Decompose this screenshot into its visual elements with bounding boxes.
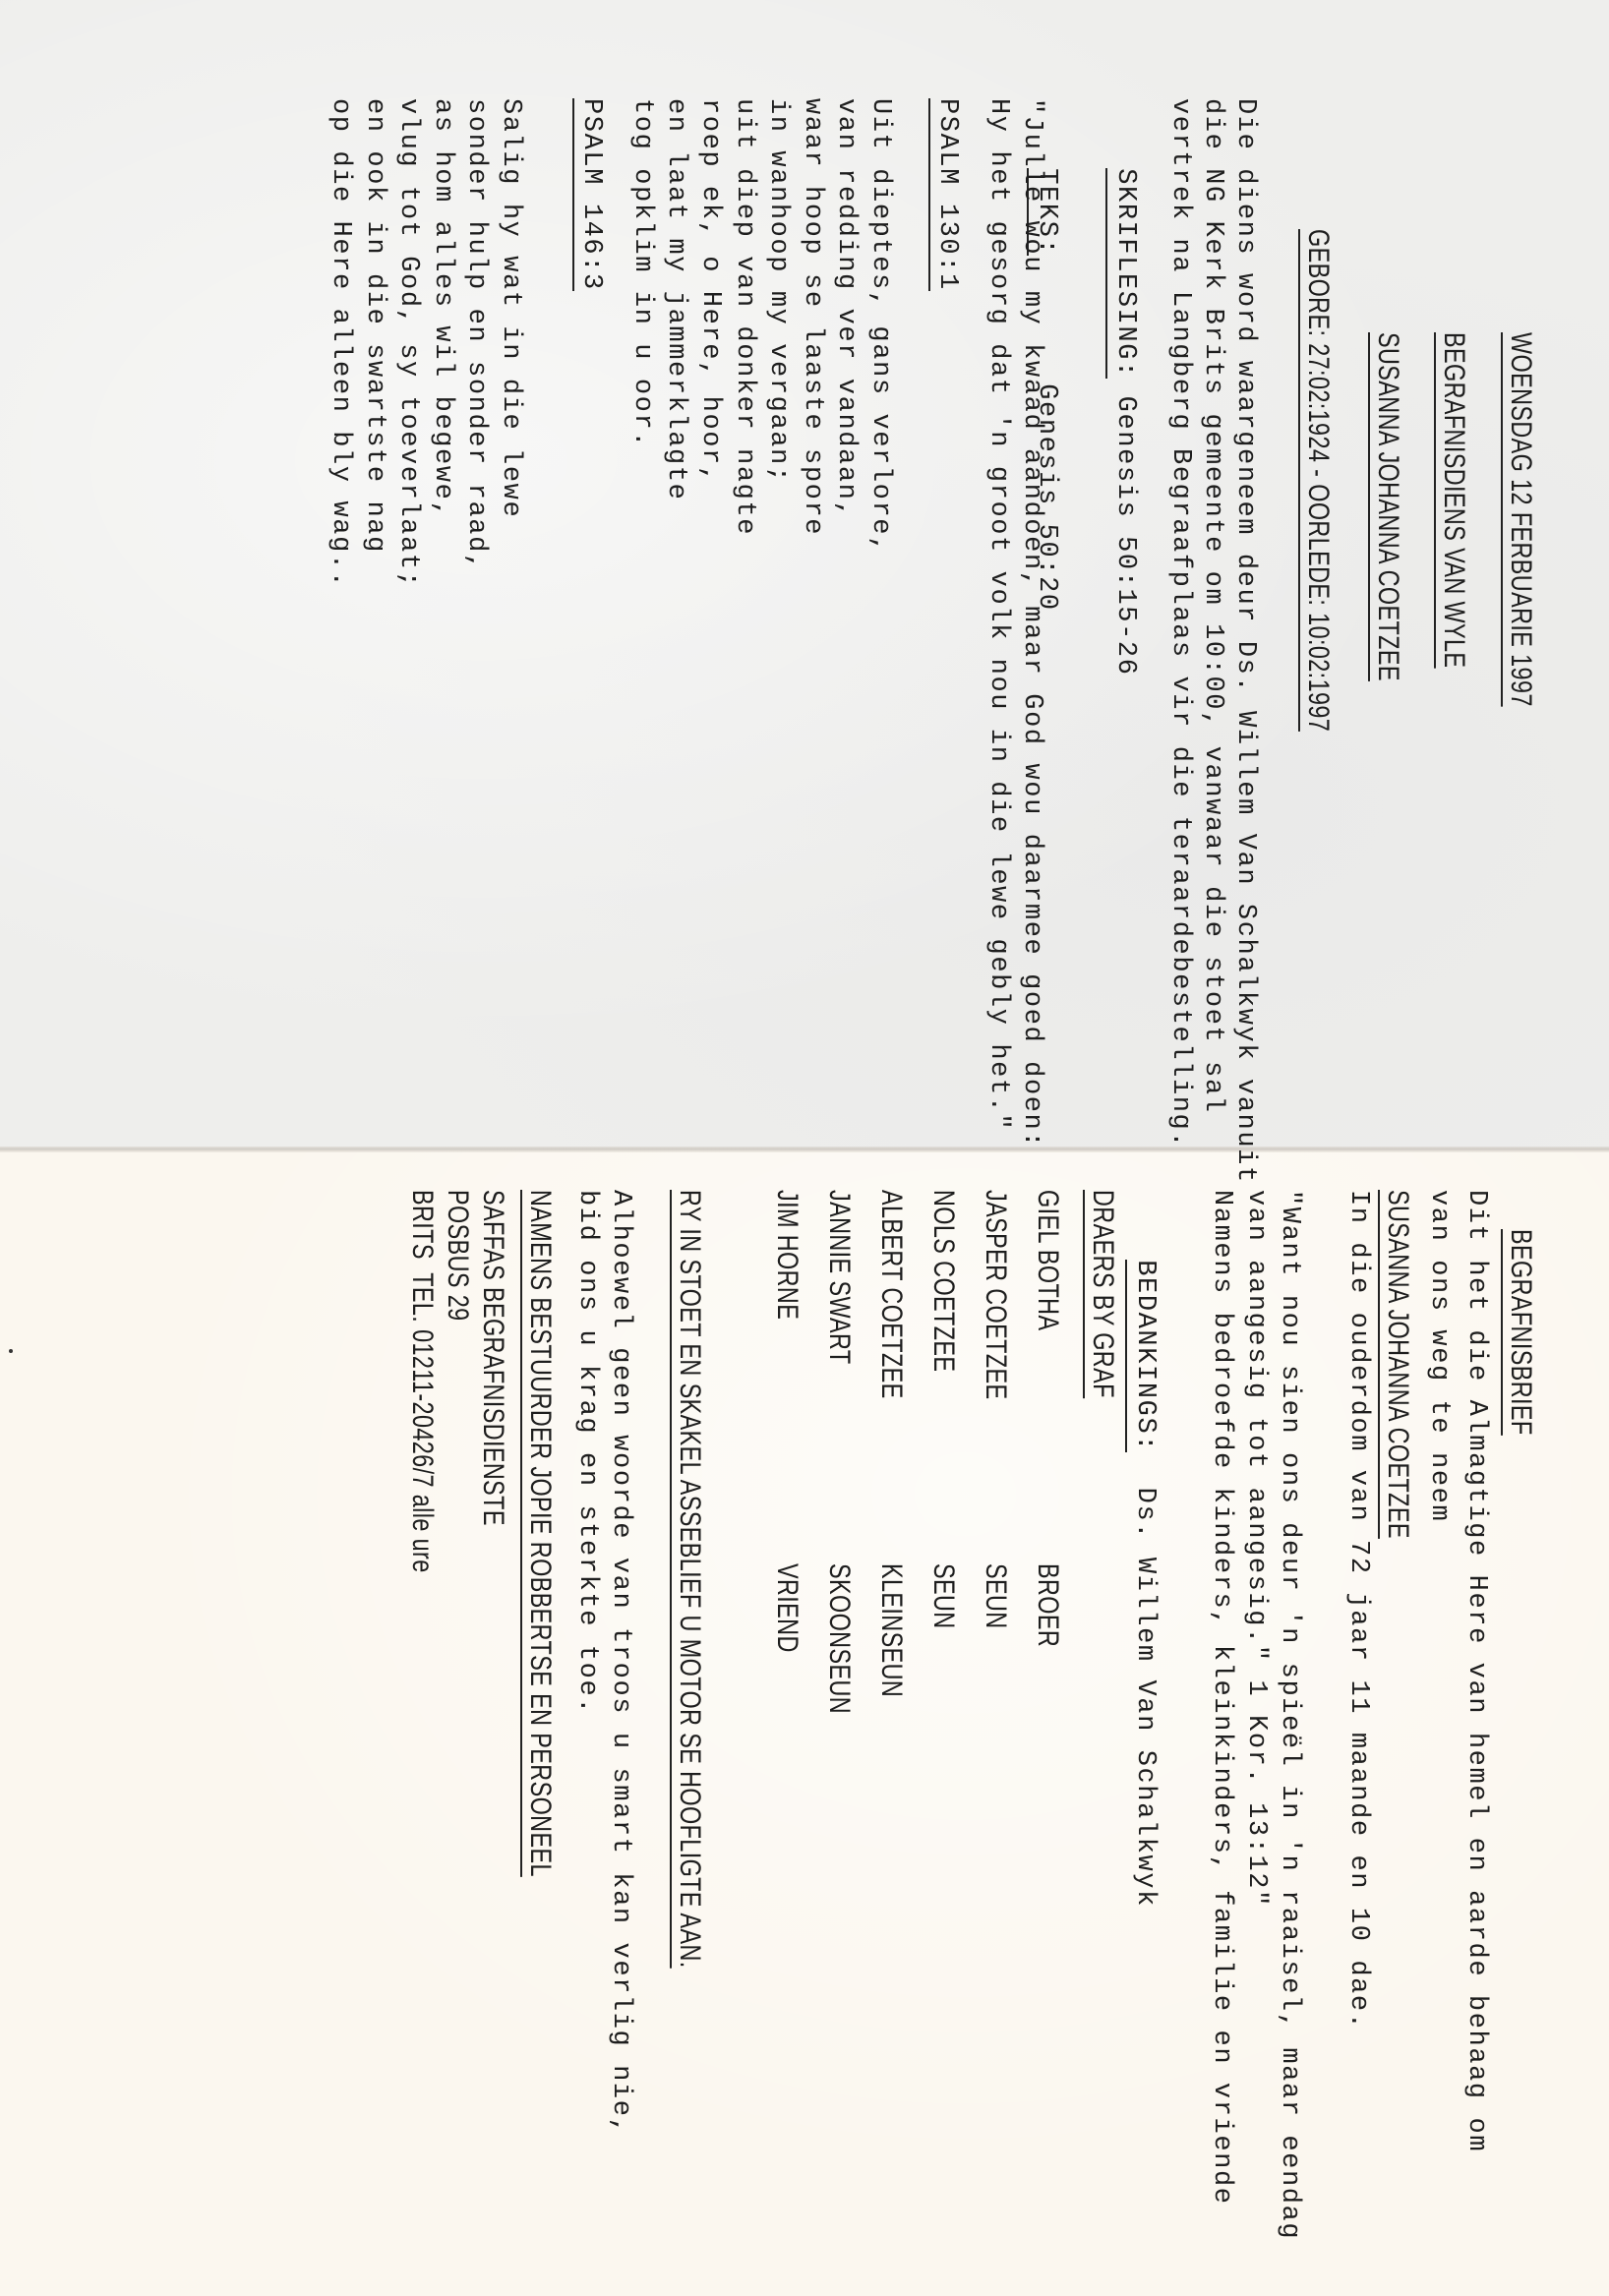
- letter-deceased-name: SUSANNA JOHANNA COETZEE: [1378, 1190, 1412, 1539]
- pallbearer-relation: SKOONSEUN: [824, 1563, 854, 1714]
- pallbearer-relation: SEUN: [981, 1563, 1010, 1629]
- intro-line: van ons weg te neem: [1425, 1190, 1452, 1522]
- date-heading: WOENSDAG 12 FERBUARIE 1997: [1501, 332, 1535, 707]
- deceased-name: SUSANNA JOHANNA COETZEE: [1368, 332, 1402, 681]
- verse-line: vlug tot God, sy toeverlaat;: [394, 98, 421, 588]
- bible-quote-line: "Want nou sien ons deur 'n spieël in 'n …: [1276, 1190, 1302, 2240]
- on-behalf-line: NAMENS BESTUURDER JOPIE ROBBERTSE EN PER…: [520, 1190, 555, 1877]
- verse-line: van redding ver vandaan,: [832, 98, 859, 518]
- intro-line: Dit het die Almagtige Here van hemel en …: [1462, 1190, 1489, 2152]
- verse-line: en laat my jammerklagte: [662, 98, 688, 500]
- scripture-reading-ref: Genesis 50:15-26: [1110, 379, 1140, 677]
- pallbearer-name: JASPER COETZEE: [981, 1190, 1010, 1400]
- pallbearers-heading: DRAERS BY GRAF: [1083, 1190, 1117, 1398]
- funeral-letter: BEGRAFNISBRIEF Dit het die Almagtige Her…: [0, 1150, 1609, 2296]
- verse-line: Salig hy wat in die lewe: [497, 98, 523, 518]
- scripture-reading: SKRIFLESING: Genesis 50:15-26: [1085, 98, 1164, 677]
- sermon-quote-line: "Julle wou my kwaad aandoen, maar God wo…: [1018, 98, 1044, 1148]
- pallbearer-name: ALBERT COETZEE: [876, 1190, 906, 1399]
- verse-line: op die Here alleen bly wag..: [327, 98, 353, 588]
- verse-line: roep ek, o Here, hoor,: [696, 98, 723, 484]
- verse-line: as hom alles wil begewe,: [429, 98, 455, 518]
- pallbearer-name: GIEL BOTHA: [1033, 1190, 1062, 1330]
- pallbearer-name: NOLS COETZEE: [928, 1190, 958, 1372]
- thanks-label: BEDANKINGS:: [1125, 1260, 1160, 1452]
- service-text-line: die NG Kerk Brits gemeente om 10:00, van…: [1199, 98, 1225, 1114]
- undertaker-name: SAFFAS BEGRAFNISDIENSTE: [478, 1190, 507, 1526]
- service-text-line: vertrek na Langberg Begraafplaas vir die…: [1166, 98, 1193, 1148]
- verse-line: en ook in die swartste nag: [361, 98, 387, 554]
- thanks-value: Ds. Willem Van Schalkwyk: [1130, 1452, 1160, 1908]
- bible-quote-line: van aangesig tot aangesig." 1 Kor. 13:12…: [1242, 1190, 1269, 1908]
- letter-title: BEGRAFNISBRIEF: [1501, 1229, 1535, 1436]
- verse-line: in wanhoop my vergaan;: [764, 98, 791, 484]
- pallbearer-name: JIM HORNE: [772, 1190, 802, 1320]
- funeral-programme: WOENSDAG 12 FERBUARIE 1997 BEGRAFNISDIEN…: [0, 0, 1609, 1150]
- age-line: In die ouderdom van 72 jaar 11 maande en…: [1344, 1190, 1371, 2031]
- paper-speck: [9, 1349, 13, 1353]
- verse-line: waar hoop se laaste spore: [799, 98, 825, 536]
- scripture-reading-label: SKRIFLESING:: [1105, 168, 1140, 379]
- condolence-line: Alhoewel geen woorde van troos u smart k…: [607, 1190, 633, 2135]
- condolence-line: bid ons u krag en sterkte toe.: [573, 1190, 600, 1715]
- service-text-line: Die diens word waargeneem deur Ds. Wille…: [1231, 98, 1258, 1184]
- psalm-130-label: PSALM 130:1: [928, 98, 960, 291]
- psalm-146-label: PSALM 146:3: [572, 98, 604, 291]
- undertaker-contact: BRITS TEL. 01211-20426/7 alle ure: [407, 1190, 437, 1573]
- pallbearer-relation: VRIEND: [772, 1563, 802, 1653]
- undertaker-pobox: POSBUS 29: [443, 1190, 472, 1322]
- pallbearer-name: JANNIE SWART: [824, 1190, 854, 1365]
- verse-line: sonder hulp en sonder raad,: [462, 98, 489, 571]
- verse-line: uit diep van donker nagte: [731, 98, 757, 536]
- procession-notice: RY IN STOET EN SKAKEL ASSEBLIEF U MOTOR …: [670, 1190, 704, 1969]
- pallbearer-relation: SEUN: [928, 1563, 958, 1629]
- verse-line: Uit dieptes, gans verlore,: [866, 98, 893, 554]
- service-title: BEGRAFNISDIENS VAN WYLE: [1434, 332, 1468, 668]
- pallbearer-relation: KLEINSEUN: [876, 1563, 906, 1697]
- bible-quote-line: Namens bedroefde kinders, kleinkinders, …: [1208, 1190, 1234, 2206]
- birth-death-dates: GEBORE: 27:02:1924 - OORLEDE: 10:02:1997: [1298, 229, 1333, 732]
- pallbearer-relation: BROER: [1033, 1563, 1062, 1647]
- sermon-quote-line: Hy het gesorg dat 'n groot volk nou in d…: [984, 98, 1011, 1131]
- verse-line: tog opklim in u oor.: [628, 98, 655, 448]
